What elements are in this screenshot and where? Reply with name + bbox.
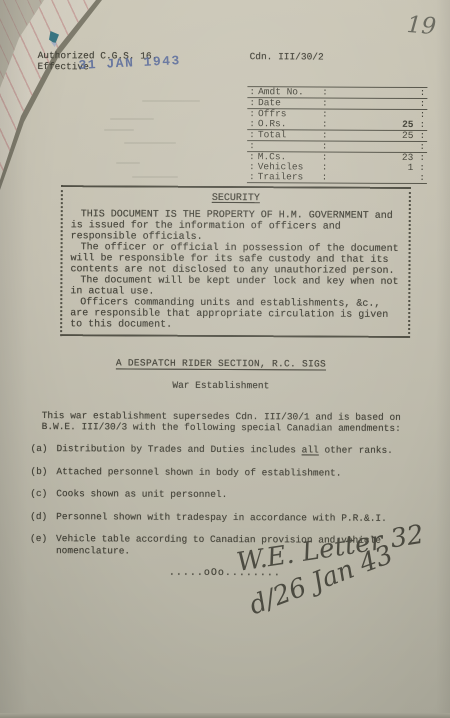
colon: : xyxy=(322,88,328,98)
row-label: Total xyxy=(255,130,322,140)
row-label: Trailers xyxy=(255,172,322,182)
bottom-page-edge xyxy=(0,713,450,718)
item-text: Cooks shown as unit personnel. xyxy=(56,488,428,501)
item-text-before: Cooks shown as unit personnel. xyxy=(56,488,227,500)
list-item: (d) Personnel shown with tradespay in ac… xyxy=(30,510,428,524)
colon: : xyxy=(420,88,426,98)
colon: : xyxy=(249,141,255,151)
document-photo: 19 Authorized C.G.S. 16.Effective 31 JAN… xyxy=(0,0,450,718)
table-row: : Total : 25 : xyxy=(247,130,427,142)
item-text-underlined: all xyxy=(302,444,319,455)
security-box: SECURITY THIS DOCUMENT IS THE PROPERTY O… xyxy=(60,185,411,338)
item-text-before: Attached personnel shown in body of esta… xyxy=(56,466,341,478)
item-label: (c) xyxy=(30,488,56,500)
security-paragraph: Officers commanding units and establishm… xyxy=(70,297,400,332)
row-label: Amdt No. xyxy=(255,87,322,97)
item-label: (e) xyxy=(30,533,56,556)
colon: : xyxy=(419,131,425,141)
security-paragraph: THIS DOCUMENT IS THE PROPERTY OF H.M. GO… xyxy=(71,209,401,244)
colon: : xyxy=(419,173,425,183)
pencil-page-number: 19 xyxy=(406,12,437,40)
row-label: M.Cs. xyxy=(255,152,322,162)
item-text-before: Personnel shown with tradespay in accord… xyxy=(56,511,387,524)
typed-content-layer: 19 Authorized C.G.S. 16.Effective 31 JAN… xyxy=(0,0,450,718)
item-label: (d) xyxy=(30,510,56,522)
row-value: 25 xyxy=(328,131,420,141)
list-item: (b) Attached personnel shown in body of … xyxy=(30,465,428,479)
row-label: O.Rs. xyxy=(255,119,322,129)
item-text-after: other ranks. xyxy=(319,444,393,455)
security-paragraph: The officer or official in possession of… xyxy=(70,242,400,277)
colon: : xyxy=(322,142,328,152)
table-row: : Amdt No. : : xyxy=(247,87,427,99)
document-title: A DESPATCH RIDER SECTION, R.C. SIGS xyxy=(21,357,421,370)
table-row: : : : xyxy=(247,141,427,153)
reference-number: Cdn. III/30/2 xyxy=(250,51,324,62)
row-label: Date xyxy=(255,98,322,108)
security-title: SECURITY xyxy=(71,192,401,205)
document-subtitle: War Establishment xyxy=(21,379,421,392)
table-row: : Date : : xyxy=(247,98,427,110)
colon: : xyxy=(322,99,328,109)
colon: : xyxy=(322,173,328,183)
colon: : xyxy=(419,120,425,130)
row-label: Vehicles xyxy=(255,162,322,172)
table-row: : Trailers : : xyxy=(247,172,427,184)
summary-table: : Amdt No. : : : Date : : : Offrs : : xyxy=(247,86,428,184)
item-text: Attached personnel shown in body of esta… xyxy=(56,466,428,479)
item-label: (b) xyxy=(30,465,56,477)
table-row: : O.Rs. : 25 : xyxy=(247,119,427,131)
list-item: (c) Cooks shown as unit personnel. xyxy=(30,488,428,502)
colon: : xyxy=(419,142,425,152)
item-text: Personnel shown with tradespay in accord… xyxy=(56,511,428,524)
item-label: (a) xyxy=(30,443,56,455)
intro-paragraph: This war establishment supersedes Cdn. I… xyxy=(42,410,422,434)
colon: : xyxy=(420,99,426,109)
row-value: 25 xyxy=(328,120,420,130)
item-text: Distribution by Trades and Duties includ… xyxy=(56,443,428,456)
row-label: Offrs xyxy=(255,109,322,119)
row-value: 23 xyxy=(327,153,419,163)
item-text-before: Distribution by Trades and Duties includ… xyxy=(56,443,301,455)
row-value: 1 xyxy=(327,163,419,173)
security-paragraph: The document will be kept under lock and… xyxy=(70,275,400,299)
list-item: (a) Distribution by Trades and Duties in… xyxy=(30,443,428,457)
